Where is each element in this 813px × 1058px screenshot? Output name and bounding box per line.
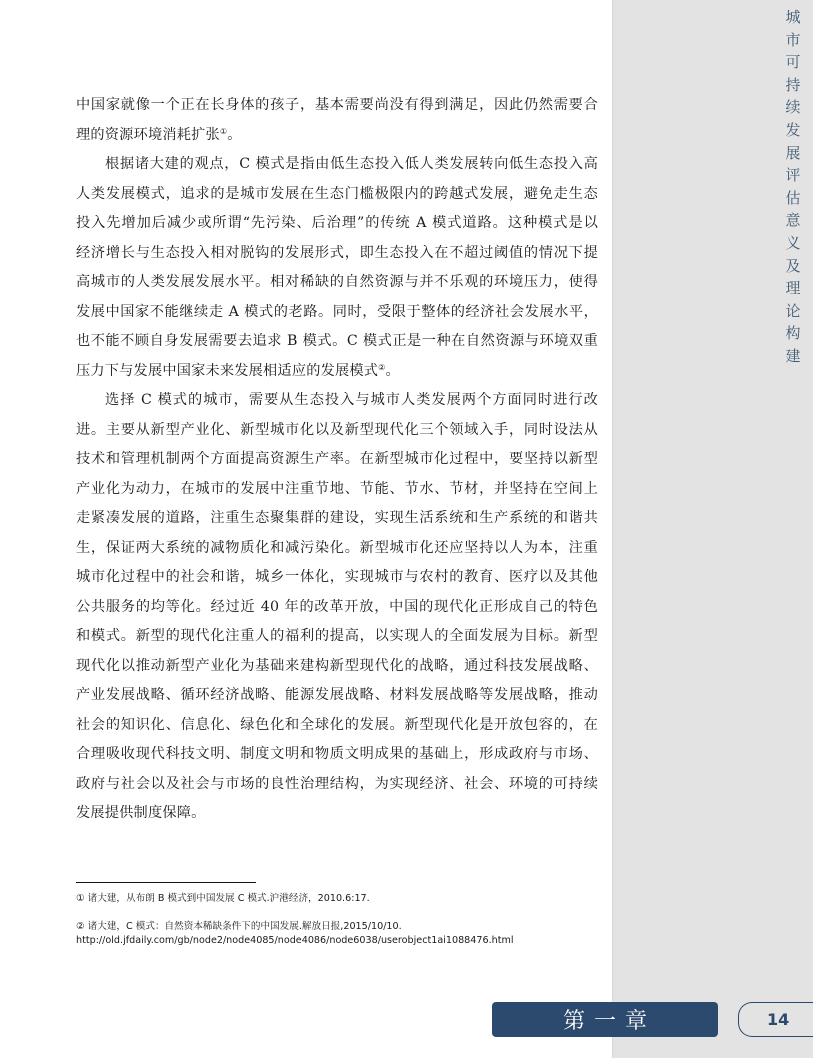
text-line: 走紧凑发展的道路，注重生态聚集群的建设，实现生活系统和生产系统的和谐共 bbox=[76, 504, 598, 534]
title-char: 市 bbox=[785, 29, 800, 52]
text-line: 城市化过程中的社会和谐，城乡一体化，实现城市与农村的教育、医疗以及其他 bbox=[76, 563, 598, 593]
title-char: 持 bbox=[785, 74, 800, 97]
footnotes: ① 诸大建，从布朗 B 模式到中国发展 C 模式.沪港经济，2010.6:17.… bbox=[76, 892, 616, 948]
footnote-1: ① 诸大建，从布朗 B 模式到中国发展 C 模式.沪港经济，2010.6:17. bbox=[76, 892, 616, 906]
text-line: 合理吸收现代科技文明、制度文明和物质文明成果的基础上，形成政府与市场、 bbox=[76, 740, 598, 770]
page-number-pill: 14 bbox=[738, 1002, 813, 1037]
text-line: 根据诸大建的观点，C 模式是指由低生态投入低人类发展转向低生态投入高 bbox=[76, 150, 598, 180]
title-char: 建 bbox=[785, 345, 800, 368]
chapter-badge: 第一章 bbox=[492, 1002, 718, 1037]
text-line: 人类发展模式，追求的是城市发展在生态门槛极限内的跨越式发展，避免走生态 bbox=[76, 180, 598, 210]
text-line: 也不能不顾自身发展需要去追求 B 模式。C 模式正是一种在自然资源与环境双重 bbox=[76, 327, 598, 357]
text-line: 经济增长与生态投入相对脱钩的发展形式，即生态投入在不超过阈值的情况下提 bbox=[76, 239, 598, 269]
text-line: 社会的知识化、信息化、绿色化和全球化的发展。新型现代化是开放包容的，在 bbox=[76, 711, 598, 741]
footnote-ref-2[interactable]: ② bbox=[378, 363, 385, 372]
text-line: 进。主要从新型产业化、新型城市化以及新型现代化三个领域入手，同时设法从 bbox=[76, 416, 598, 446]
title-char: 意 bbox=[785, 209, 800, 232]
chapter-label: 第一章 bbox=[554, 1004, 656, 1035]
title-char: 发 bbox=[785, 119, 800, 142]
text-line: 理的资源环境消耗扩张①。 bbox=[76, 121, 598, 151]
text-line: 产业化为动力，在城市的发展中注重节地、节能、节水、节材，并坚持在空间上 bbox=[76, 475, 598, 505]
footnote-2: ② 诸大建，C 模式：自然资本稀缺条件下的中国发展.解放日报,2015/10/1… bbox=[76, 920, 616, 934]
title-char: 理 bbox=[785, 277, 800, 300]
text-line: 产业发展战略、循环经济战略、能源发展战略、材料发展战略等发展战略，推动 bbox=[76, 681, 598, 711]
page-number: 14 bbox=[767, 1003, 789, 1036]
line-end-punct: 。 bbox=[227, 127, 241, 143]
title-char: 评 bbox=[785, 164, 800, 187]
text-line: 压力下与发展中国家未来发展相适应的发展模式②。 bbox=[76, 357, 598, 387]
footnote-spacer bbox=[76, 906, 616, 920]
title-char: 可 bbox=[785, 51, 800, 74]
text-line-content: 压力下与发展中国家未来发展相适应的发展模式 bbox=[76, 363, 378, 379]
text-line: 生，保证两大系统的减物质化和减污染化。新型城市化还应坚持以人为本，注重 bbox=[76, 534, 598, 564]
title-char: 及 bbox=[785, 255, 800, 278]
title-char: 论 bbox=[785, 300, 800, 323]
text-line: 技术和管理机制两个方面提高资源生产率。在新型城市化过程中，要坚持以新型 bbox=[76, 445, 598, 475]
title-char: 续 bbox=[785, 96, 800, 119]
text-line: 和模式。新型的现代化注重人的福利的提高，以实现人的全面发展为目标。新型 bbox=[76, 622, 598, 652]
text-line: 政府与社会以及社会与市场的良性治理结构，为实现经济、社会、环境的可持续 bbox=[76, 770, 598, 800]
line-end-punct: 。 bbox=[386, 363, 400, 379]
body-text: 中国家就像一个正在长身体的孩子，基本需要尚没有得到满足，因此仍然需要合 理的资源… bbox=[76, 91, 598, 829]
footnote-2-url-link[interactable]: http://old.jfdaily.com/gb/node2/node4085… bbox=[76, 934, 616, 948]
text-line: 中国家就像一个正在长身体的孩子，基本需要尚没有得到满足，因此仍然需要合 bbox=[76, 91, 598, 121]
title-char: 义 bbox=[785, 232, 800, 255]
text-line: 发展提供制度保障。 bbox=[76, 799, 598, 829]
text-line: 投入先增加后减少或所谓“先污染、后治理”的传统 A 模式道路。这种模式是以 bbox=[76, 209, 598, 239]
text-line: 高城市的人类发展发展水平。相对稀缺的自然资源与并不乐观的环境压力，使得 bbox=[76, 268, 598, 298]
title-char: 估 bbox=[785, 187, 800, 210]
running-title-vertical: 城 市 可 持 续 发 展 评 估 意 义 及 理 论 构 建 bbox=[782, 6, 804, 368]
text-line: 现代化以推动新型产业化为基础来建构新型现代化的战略，通过科技发展战略、 bbox=[76, 652, 598, 682]
title-char: 展 bbox=[785, 142, 800, 165]
title-char: 构 bbox=[785, 322, 800, 345]
text-line-content: 理的资源环境消耗扩张 bbox=[76, 127, 220, 143]
footnote-divider bbox=[76, 882, 256, 883]
text-line: 公共服务的均等化。经过近 40 年的改革开放，中国的现代化正形成自己的特色 bbox=[76, 593, 598, 623]
title-char: 城 bbox=[785, 6, 800, 29]
text-line: 发展中国家不能继续走 A 模式的老路。同时，受限于整体的经济社会发展水平， bbox=[76, 298, 598, 328]
text-line: 选择 C 模式的城市，需要从生态投入与城市人类发展两个方面同时进行改 bbox=[76, 386, 598, 416]
